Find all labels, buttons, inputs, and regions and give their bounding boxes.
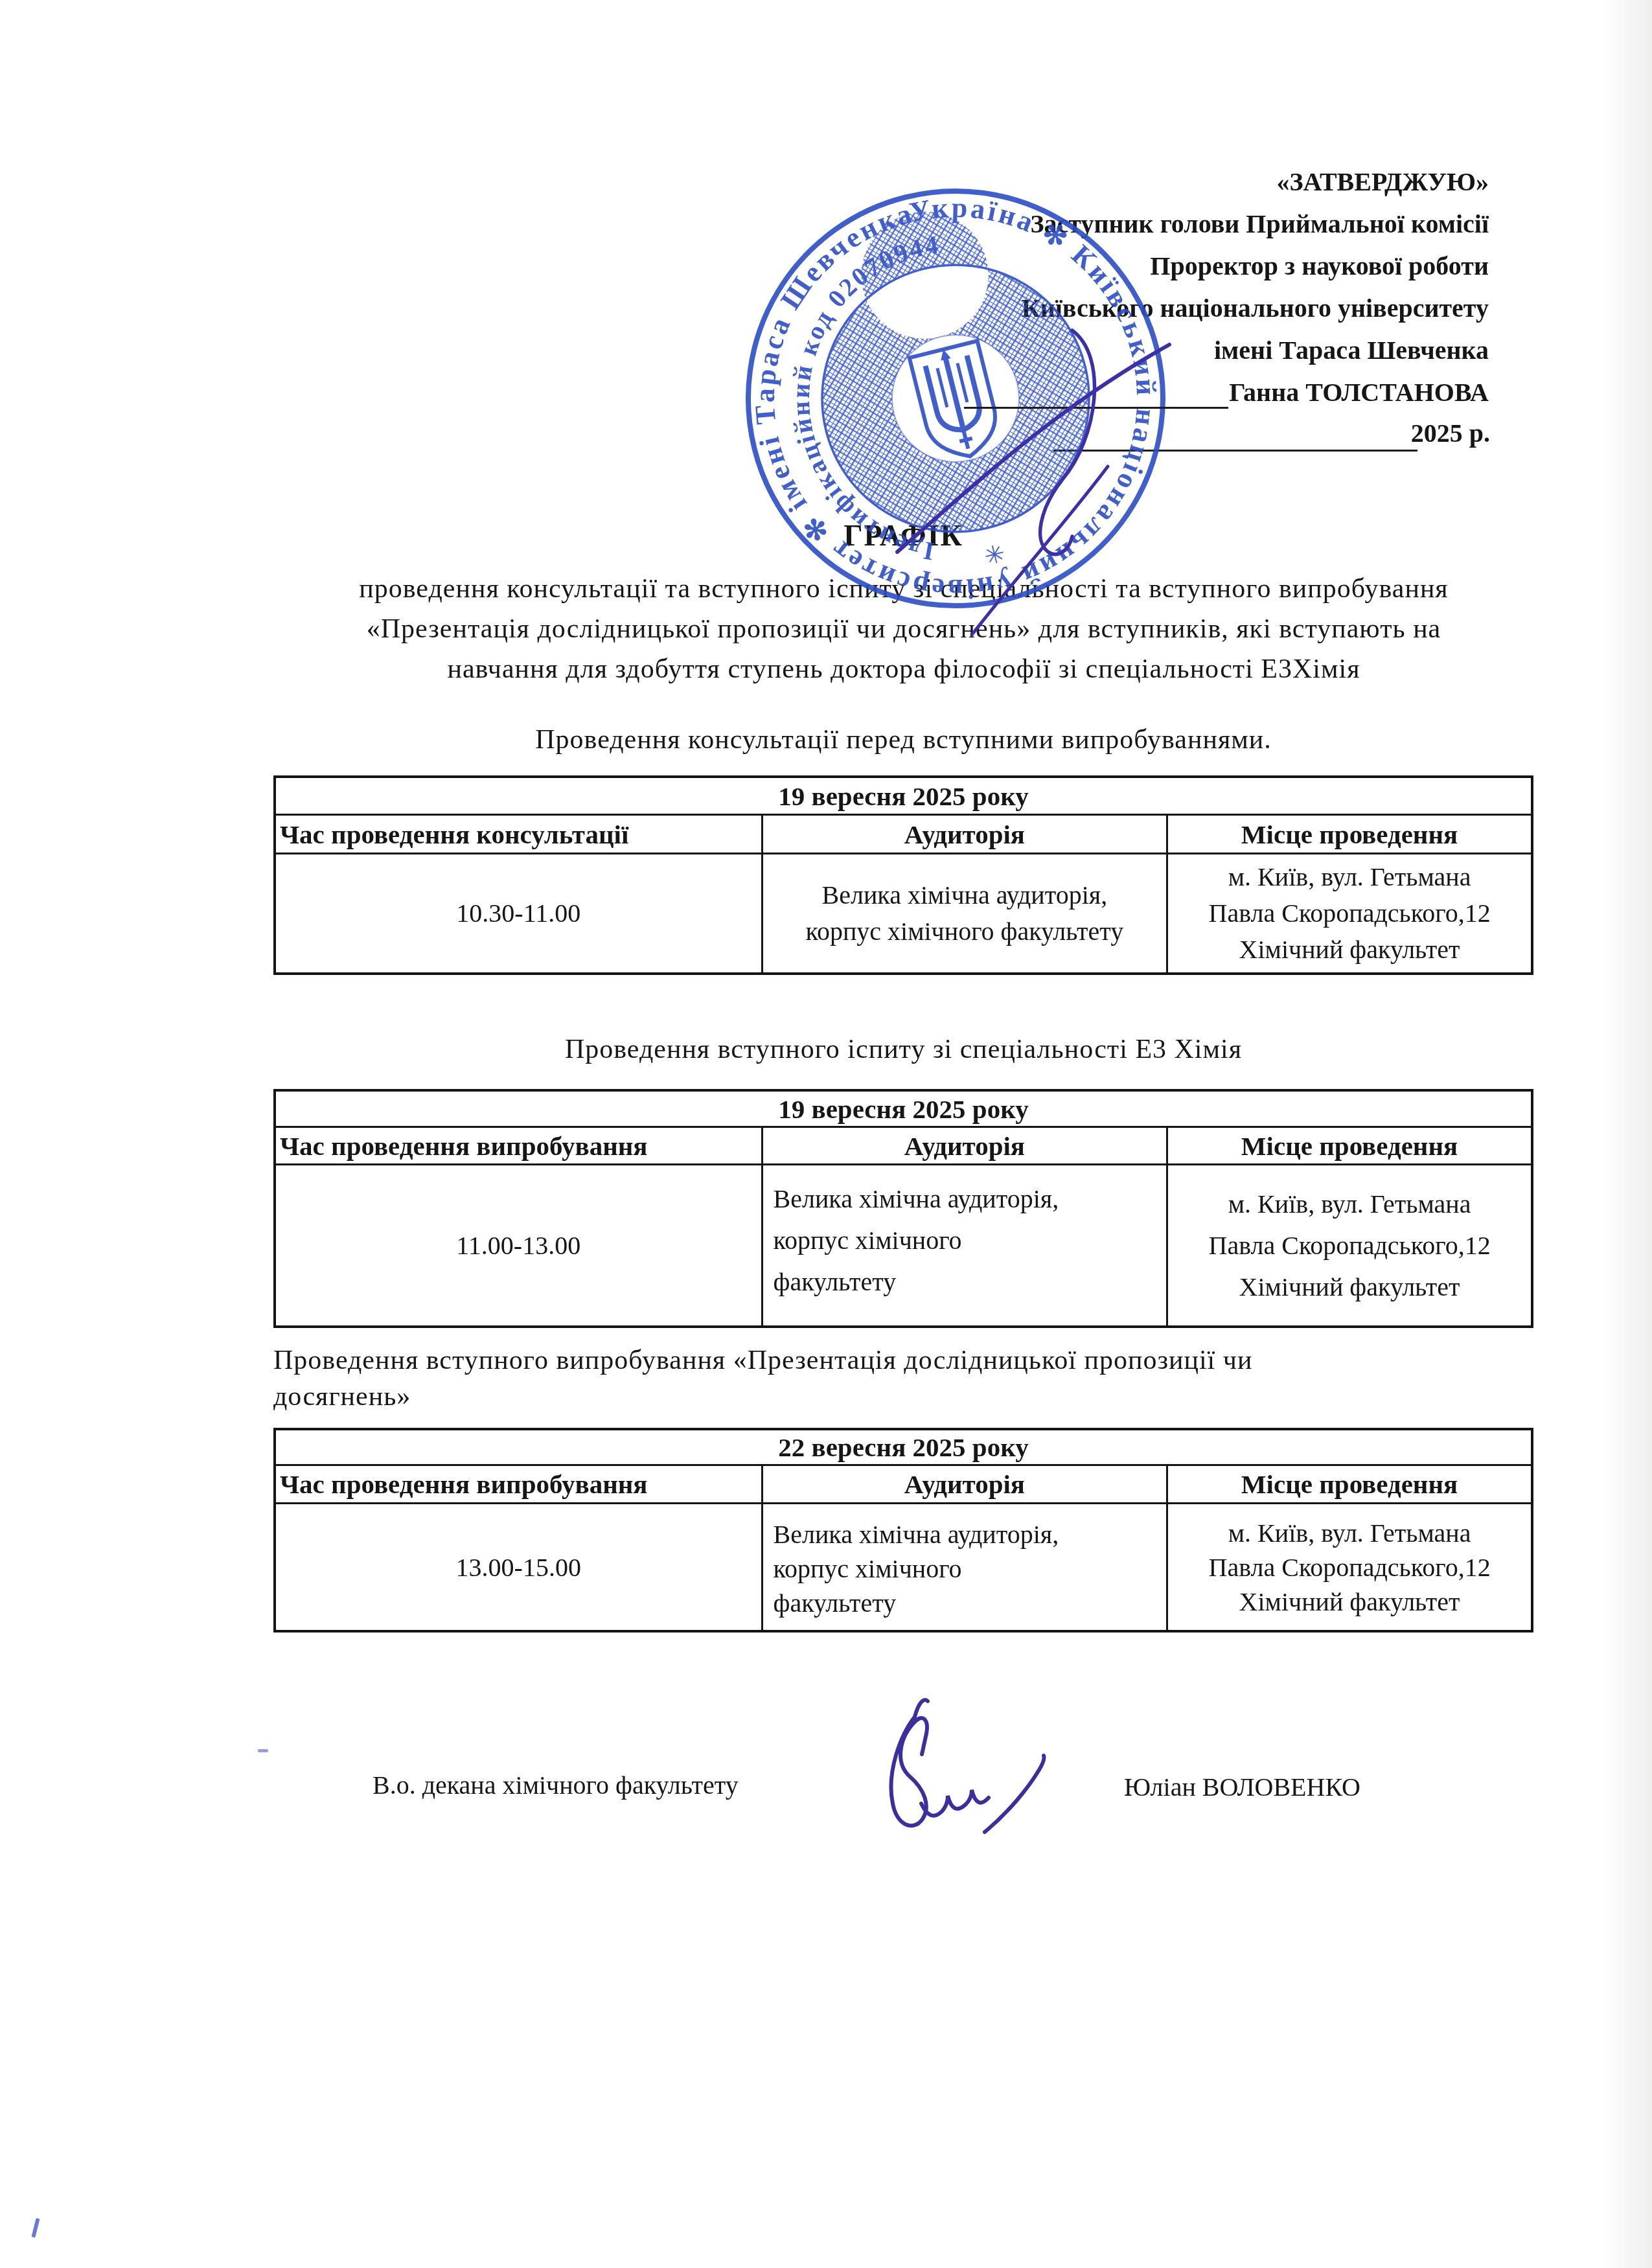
column-header-time: Час проведення випробування	[276, 1466, 763, 1504]
scan-shadow-edge	[1600, 0, 1652, 2268]
scan-ink-speck	[31, 2218, 40, 2238]
consultation-table: 19 вересня 2025 року Час проведення конс…	[273, 775, 1533, 975]
cell-line: м. Київ, вул. Гетьмана	[1228, 1184, 1471, 1225]
cell-location: м. Київ, вул. Гетьмана Павла Скоропадськ…	[1168, 854, 1531, 972]
cell-auditorium: Велика хімічна аудиторія, корпус хімічно…	[763, 1504, 1169, 1630]
table-date-header: 19 вересня 2025 року	[276, 778, 1531, 816]
section-heading-presentation: Проведення вступного випробування «Презе…	[273, 1342, 1556, 1415]
cell-line: Велика хімічна аудиторія,	[774, 1517, 1059, 1552]
heading-line: досягнень»	[273, 1379, 1556, 1415]
column-header-auditorium: Аудиторія	[763, 816, 1169, 854]
presentation-exam-table: 22 вересня 2025 року Час проведення випр…	[273, 1428, 1533, 1632]
cell-line: факультету	[774, 1261, 897, 1303]
cell-line: Хімічний факультет	[1239, 1266, 1460, 1308]
dean-signature-ink	[739, 1692, 1101, 1893]
dean-name-label: Юліан ВОЛОВЕНКО	[1124, 1772, 1360, 1802]
cell-line: Велика хімічна аудиторія,	[822, 877, 1108, 913]
column-header-location: Місце проведення	[1168, 1466, 1531, 1504]
column-header-location: Місце проведення	[1168, 816, 1531, 854]
cell-line: м. Київ, вул. Гетьмана	[1228, 859, 1471, 895]
cell-auditorium: Велика хімічна аудиторія, корпус хімічно…	[763, 1165, 1169, 1325]
scanned-document-page: «ЗАТВЕРДЖУЮ» Заступник голови Приймально…	[0, 0, 1652, 2268]
section-heading-exam: Проведення вступного іспиту зі спеціальн…	[273, 1034, 1533, 1065]
cell-location: м. Київ, вул. Гетьмана Павла Скоропадськ…	[1168, 1165, 1531, 1325]
cell-time: 11.00-13.00	[276, 1165, 763, 1325]
cell-line: Хімічний факультет	[1239, 1585, 1460, 1619]
cell-time: 13.00-15.00	[276, 1504, 763, 1630]
column-header-time: Час проведення консультації	[276, 816, 763, 854]
dean-role-label: В.о. декана хімічного факультету	[373, 1770, 739, 1800]
specialty-exam-table: 19 вересня 2025 року Час проведення випр…	[273, 1089, 1533, 1328]
cell-line: Павла Скоропадського,12	[1209, 895, 1491, 932]
heading-line: Проведення вступного випробування «Презе…	[273, 1342, 1556, 1379]
cell-line: корпус хімічного факультету	[806, 913, 1124, 950]
cell-line: корпус хімічного	[774, 1552, 962, 1586]
section-heading-consultation: Проведення консультації перед вступними …	[273, 724, 1533, 755]
cell-line: факультету	[774, 1586, 897, 1620]
column-header-location: Місце проведення	[1168, 1128, 1531, 1165]
year-label: 2025 р.	[1411, 418, 1490, 448]
cell-time: 10.30-11.00	[276, 854, 763, 972]
cell-line: Павла Скоропадського,12	[1209, 1550, 1491, 1585]
cell-line: Хімічний факультет	[1239, 932, 1460, 968]
column-header-auditorium: Аудиторія	[763, 1466, 1169, 1504]
cell-line: Велика хімічна аудиторія,	[774, 1178, 1059, 1220]
table-date-header: 22 вересня 2025 року	[276, 1430, 1531, 1466]
cell-auditorium: Велика хімічна аудиторія, корпус хімічно…	[763, 854, 1169, 972]
approval-signature-ink	[745, 272, 1211, 674]
table-date-header: 19 вересня 2025 року	[276, 1092, 1531, 1128]
cell-line: Павла Скоропадського,12	[1209, 1225, 1491, 1266]
scan-ink-speck	[258, 1749, 268, 1752]
cell-location: м. Київ, вул. Гетьмана Павла Скоропадськ…	[1168, 1504, 1531, 1630]
cell-line: м. Київ, вул. Гетьмана	[1228, 1516, 1471, 1550]
column-header-auditorium: Аудиторія	[763, 1128, 1169, 1165]
cell-line: корпус хімічного	[774, 1220, 962, 1261]
column-header-time: Час проведення випробування	[276, 1128, 763, 1165]
